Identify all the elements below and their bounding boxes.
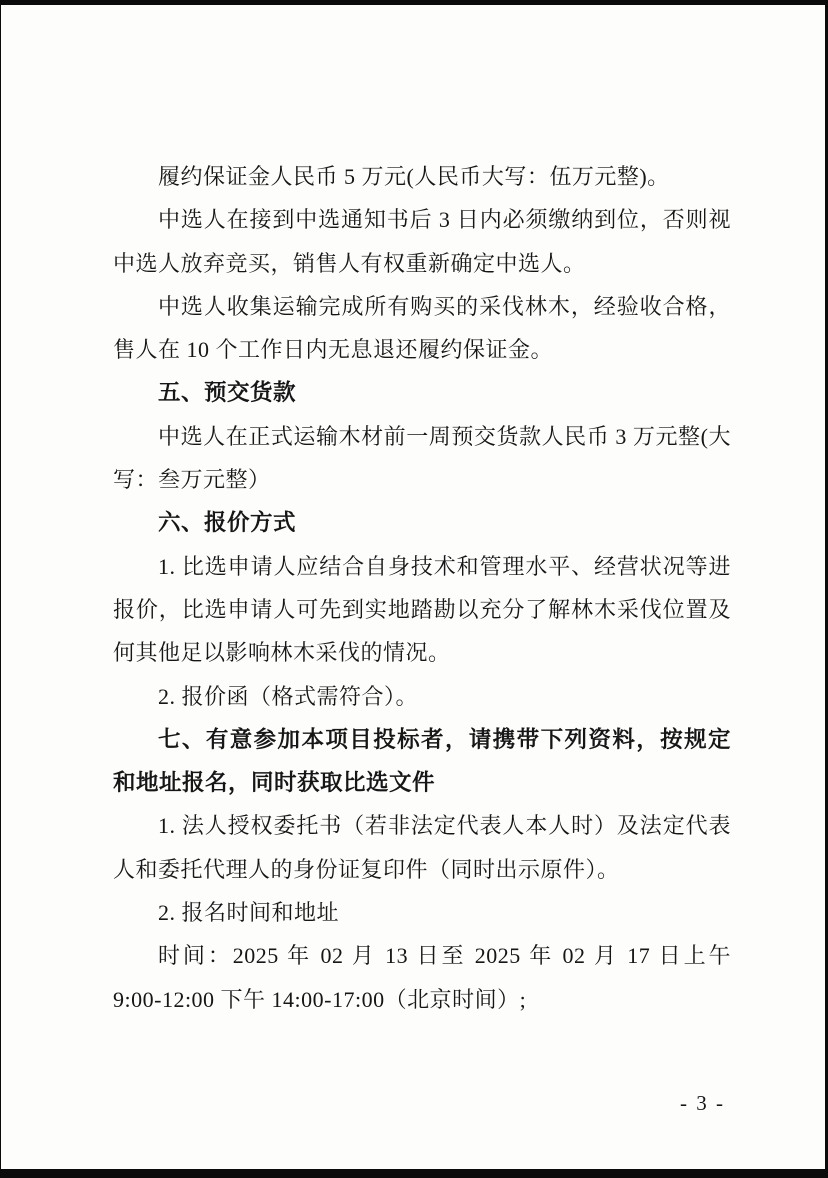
- section-heading-5: 五、预交货款: [158, 371, 731, 414]
- paragraph-line: 时间：2025 年 02 月 13 日至 2025 年 02 月 17 日上午: [158, 934, 731, 977]
- paragraph-line: 报价，比选申请人可先到实地踏勘以充分了解林木采伐位置及任: [113, 588, 731, 631]
- paragraph-line: 人和委托代理人的身份证复印件（同时出示原件）。: [113, 848, 731, 891]
- paragraph-line: 何其他足以影响林木采伐的情况。: [113, 631, 731, 674]
- section-heading-7: 七、有意参加本项目投标者，请携带下列资料，按规定时间: [158, 718, 731, 761]
- paragraph-line: 售人在 10 个工作日内无息退还履约保证金。: [113, 328, 731, 371]
- list-item-line: 2. 报价函（格式需符合）。: [158, 675, 731, 718]
- paragraph-line: 履约保证金人民币 5 万元(人民币大写：伍万元整)。: [158, 155, 731, 198]
- paragraph-line: 9:00-12:00 下午 14:00-17:00（北京时间）;: [113, 978, 731, 1021]
- page-number: - 3 -: [680, 1091, 725, 1115]
- document-page: 履约保证金人民币 5 万元(人民币大写：伍万元整)。 中选人在接到中选通知书后 …: [1, 5, 825, 1169]
- paragraph-line: 中选人收集运输完成所有购买的采伐林木，经验收合格，销: [158, 285, 731, 328]
- list-item-line: 1. 法人授权委托书（若非法定代表人本人时）及法定代表: [158, 804, 731, 847]
- document-body: 履约保证金人民币 5 万元(人民币大写：伍万元整)。 中选人在接到中选通知书后 …: [113, 155, 731, 1021]
- list-item-line: 1. 比选申请人应结合自身技术和管理水平、经营状况等进行: [158, 545, 731, 588]
- list-item-line: 2. 报名时间和地址: [158, 891, 731, 934]
- section-heading-6: 六、报价方式: [158, 501, 731, 544]
- paragraph-line: 中选人放弃竞买，销售人有权重新确定中选人。: [113, 242, 731, 285]
- paragraph-line: 写：叁万元整）: [113, 458, 731, 501]
- paragraph-line: 中选人在正式运输木材前一周预交货款人民币 3 万元整(大: [158, 415, 731, 458]
- scan-frame: 履约保证金人民币 5 万元(人民币大写：伍万元整)。 中选人在接到中选通知书后 …: [0, 0, 828, 1178]
- paragraph-line: 中选人在接到中选通知书后 3 日内必须缴纳到位，否则视为: [158, 198, 731, 241]
- section-heading-7-continued: 和地址报名，同时获取比选文件: [113, 761, 731, 804]
